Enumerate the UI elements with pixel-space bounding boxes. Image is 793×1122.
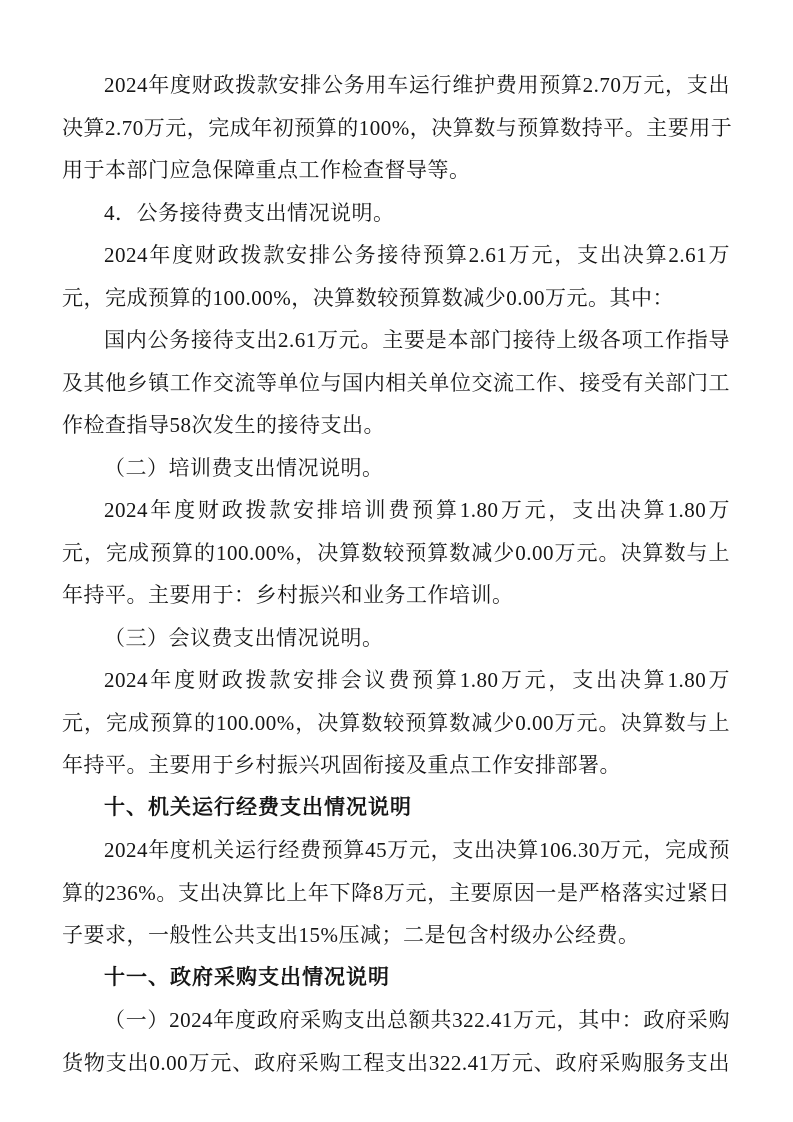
document-body: 2024年度财政拨款安排公务用车运行维护费用预算2.70万元，支出 决算2.70… [62,64,730,1084]
document-line: 用于本部门应急保障重点工作检查督导等。 [62,149,730,192]
document-page: 2024年度财政拨款安排公务用车运行维护费用预算2.70万元，支出 决算2.70… [0,0,793,1122]
document-line: 元，完成预算的100.00%，决算数较预算数减少0.00万元。决算数与上 [62,702,730,745]
document-line: 国内公务接待支出2.61万元。主要是本部门接待上级各项工作指导 [62,319,730,362]
document-line: 货物支出0.00万元、政府采购工程支出322.41万元、政府采购服务支出 [62,1042,730,1085]
document-line: 作检查指导58次发生的接待支出。 [62,404,730,447]
section-heading-10: 十、机关运行经费支出情况说明 [62,787,730,830]
document-line: 年持平。主要用于：乡村振兴和业务工作培训。 [62,574,730,617]
document-line: 2024年度财政拨款安排公务用车运行维护费用预算2.70万元，支出 [62,64,730,107]
document-line: 决算2.70万元，完成年初预算的100%，决算数与预算数持平。主要用于 [62,107,730,150]
document-line: 年持平。主要用于乡村振兴巩固衔接及重点工作安排部署。 [62,744,730,787]
document-line: 2024年度财政拨款安排公务接待预算2.61万元，支出决算2.61万 [62,234,730,277]
document-line: 及其他乡镇工作交流等单位与国内相关单位交流工作、接受有关部门工 [62,362,730,405]
document-line: 算的236%。支出决算比上年下降8万元，主要原因一是严格落实过紧日 [62,872,730,915]
document-line: 2024年度机关运行经费预算45万元，支出决算106.30万元，完成预 [62,829,730,872]
document-line: 元，完成预算的100.00%，决算数较预算数减少0.00万元。其中： [62,277,730,320]
document-line: 元，完成预算的100.00%，决算数较预算数减少0.00万元。决算数与上 [62,532,730,575]
document-line-item-4-heading: 4．公务接待费支出情况说明。 [62,192,730,235]
document-line: 2024年度财政拨款安排培训费预算1.80万元，支出决算1.80万 [62,489,730,532]
section-heading-11: 十一、政府采购支出情况说明 [62,957,730,1000]
document-subheading-3: （三）会议费支出情况说明。 [62,617,730,660]
document-line: （一）2024年度政府采购支出总额共322.41万元，其中：政府采购 [62,999,730,1042]
document-line: 2024年度财政拨款安排会议费预算1.80万元，支出决算1.80万 [62,659,730,702]
document-subheading-2: （二）培训费支出情况说明。 [62,447,730,490]
document-line: 子要求，一般性公共支出15%压减；二是包含村级办公经费。 [62,914,730,957]
